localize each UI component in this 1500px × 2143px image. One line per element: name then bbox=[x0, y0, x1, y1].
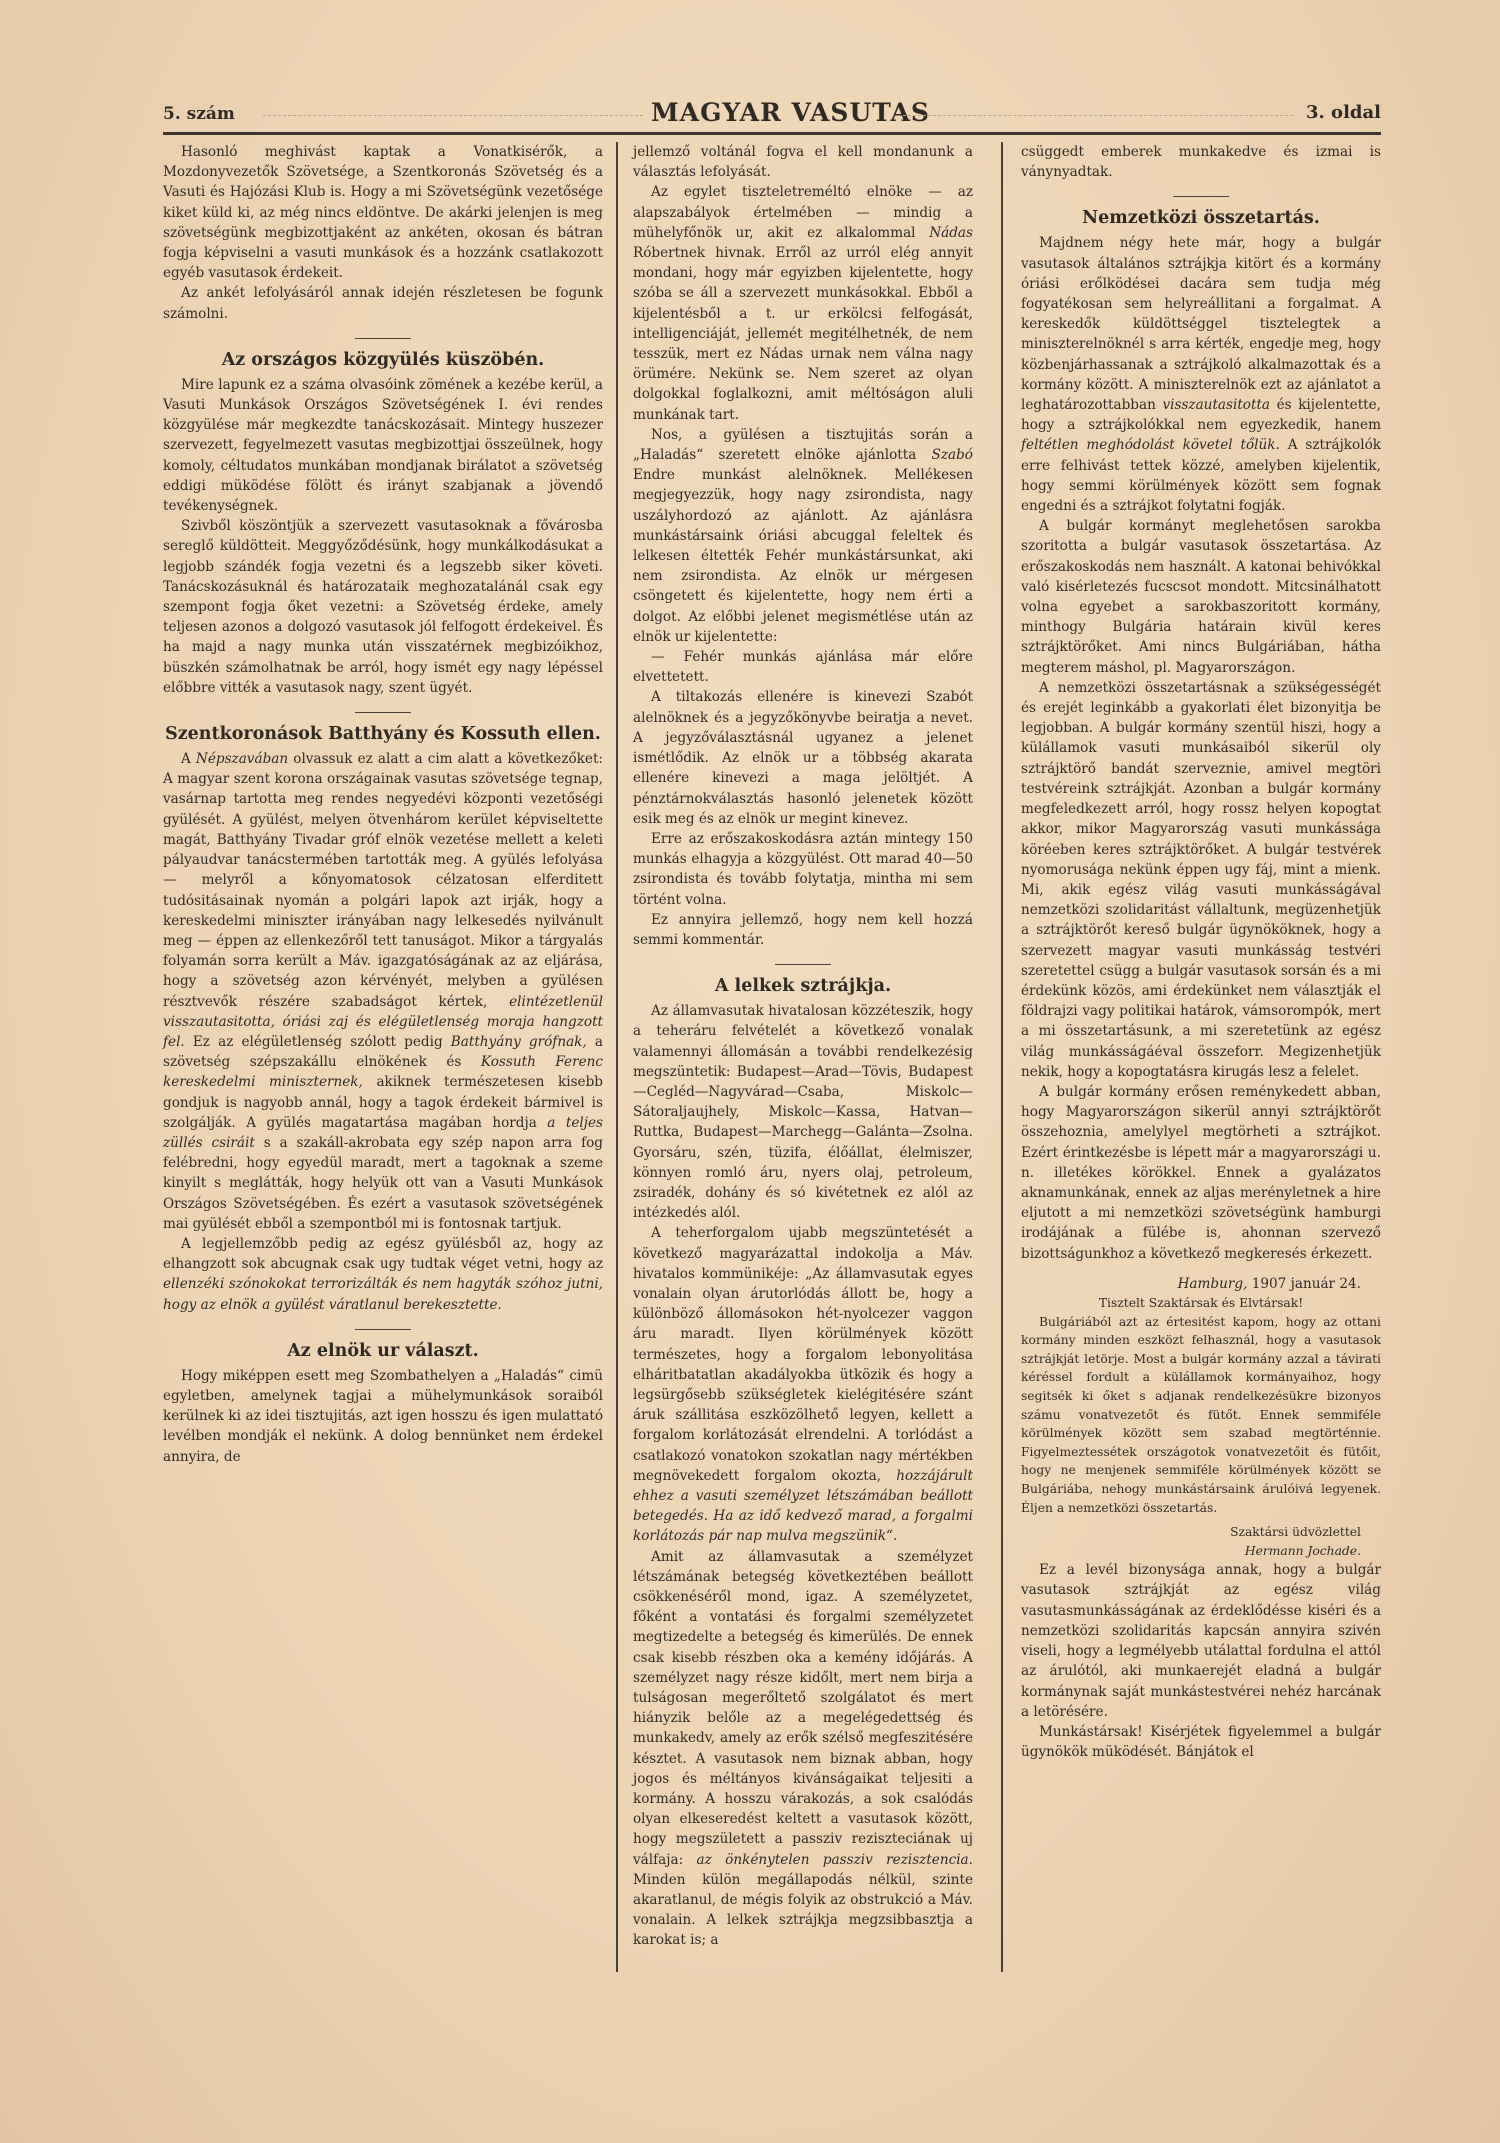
issue-number: 5. szám bbox=[163, 104, 235, 124]
column-3: csüggedt emberek munkakedve és izmai is … bbox=[1021, 142, 1381, 1762]
article-paragraph: Az államvasutak hivatalosan közzéteszik,… bbox=[633, 1001, 973, 1223]
article-paragraph: Majdnem négy hete már, hogy a bulgár vas… bbox=[1021, 233, 1381, 516]
newspaper-page: 5. szám MAGYAR VASUTAS 3. oldal Hasonló … bbox=[163, 96, 1381, 2116]
headline-nemzetkozi: Nemzetközi összetartás. bbox=[1021, 207, 1381, 229]
column-2: jellemző voltánál fogva el kell mondanun… bbox=[633, 142, 973, 1951]
letter-body: Bulgáriából azt az értesitést kapom, hog… bbox=[1021, 1313, 1381, 1518]
article-paragraph: A tiltakozás ellenére is kinevezi Szabót… bbox=[633, 687, 973, 828]
article-paragraph: Szivből köszöntjük a szervezett vasutaso… bbox=[163, 516, 603, 698]
article-separator bbox=[355, 712, 411, 713]
article-paragraph: Ez a levél bizonysága annak, hogy a bulg… bbox=[1021, 1560, 1381, 1722]
page-header: 5. szám MAGYAR VASUTAS 3. oldal bbox=[163, 96, 1381, 136]
article-paragraph: A bulgár kormány erősen reménykedett abb… bbox=[1021, 1082, 1381, 1264]
article-paragraph: Nos, a gyülésen a tisztujitás során a „H… bbox=[633, 425, 973, 647]
article-paragraph: A bulgár kormányt meglehetősen sarokba s… bbox=[1021, 516, 1381, 678]
article-paragraph: A legjellemzőbb pedig az egész gyülésből… bbox=[163, 1234, 603, 1315]
column-divider-1 bbox=[616, 142, 618, 1972]
article-paragraph: Mire lapunk ez a száma olvasóink zömének… bbox=[163, 375, 603, 516]
article-separator bbox=[355, 338, 411, 339]
letter-signature: Hermann Jochade. bbox=[1021, 1542, 1381, 1561]
article-paragraph: Az ankét lefolyásáról annak idején részl… bbox=[163, 283, 603, 323]
headline-lelkek: A lelkek sztrájkja. bbox=[633, 975, 973, 997]
article-paragraph: Munkástársak! Kisérjétek figyelemmel a b… bbox=[1021, 1722, 1381, 1762]
article-paragraph: csüggedt emberek munkakedve és izmai is … bbox=[1021, 142, 1381, 182]
newspaper-title: MAGYAR VASUTAS bbox=[651, 98, 930, 127]
article-paragraph: A Népszavában olvassuk ez alatt a cim al… bbox=[163, 749, 603, 1234]
column-divider-2 bbox=[1001, 142, 1003, 1972]
header-rule bbox=[163, 132, 1381, 135]
letter-closing: Szaktársi üdvözlettel bbox=[1021, 1523, 1381, 1542]
letter-dateline: Hamburg, 1907 január 24. bbox=[1021, 1274, 1381, 1294]
headline-kozgyules: Az országos közgyülés küszöbén. bbox=[163, 349, 603, 371]
header-dashes-left bbox=[263, 115, 643, 116]
article-paragraph: Ez annyira jellemző, hogy nem kell hozzá… bbox=[633, 910, 973, 950]
article-paragraph: Erre az erőszakoskodásra aztán mintegy 1… bbox=[633, 829, 973, 910]
letter-salutation: Tisztelt Szaktársak és Elvtársak! bbox=[1021, 1294, 1381, 1313]
article-paragraph: Hogy miképpen esett meg Szombathelyen a … bbox=[163, 1366, 603, 1467]
article-paragraph: jellemző voltánál fogva el kell mondanun… bbox=[633, 142, 973, 182]
page-number: 3. oldal bbox=[1306, 102, 1381, 123]
headline-elnok: Az elnök ur választ. bbox=[163, 1340, 603, 1362]
article-separator bbox=[355, 1329, 411, 1330]
headline-szentkoronasok: Szentkoronások Batthyány és Kossuth elle… bbox=[163, 723, 603, 745]
article-paragraph: Az egylet tiszteletreméltó elnöke — az a… bbox=[633, 182, 973, 424]
article-separator bbox=[1173, 196, 1229, 197]
article-paragraph: — Fehér munkás ajánlása már előre elvett… bbox=[633, 647, 973, 687]
article-paragraph: Amit az államvasutak a személyzet létszá… bbox=[633, 1547, 973, 1951]
article-separator bbox=[775, 964, 831, 965]
article-paragraph: A nemzetközi összetartásnak a szükségess… bbox=[1021, 678, 1381, 1082]
article-paragraph: Hasonló meghivást kaptak a Vonatkisérők,… bbox=[163, 142, 603, 283]
article-paragraph: A teherforgalom ujabb megszüntetését a k… bbox=[633, 1223, 973, 1546]
column-1: Hasonló meghivást kaptak a Vonatkisérők,… bbox=[163, 142, 603, 1467]
header-dashes-right bbox=[903, 115, 1293, 116]
